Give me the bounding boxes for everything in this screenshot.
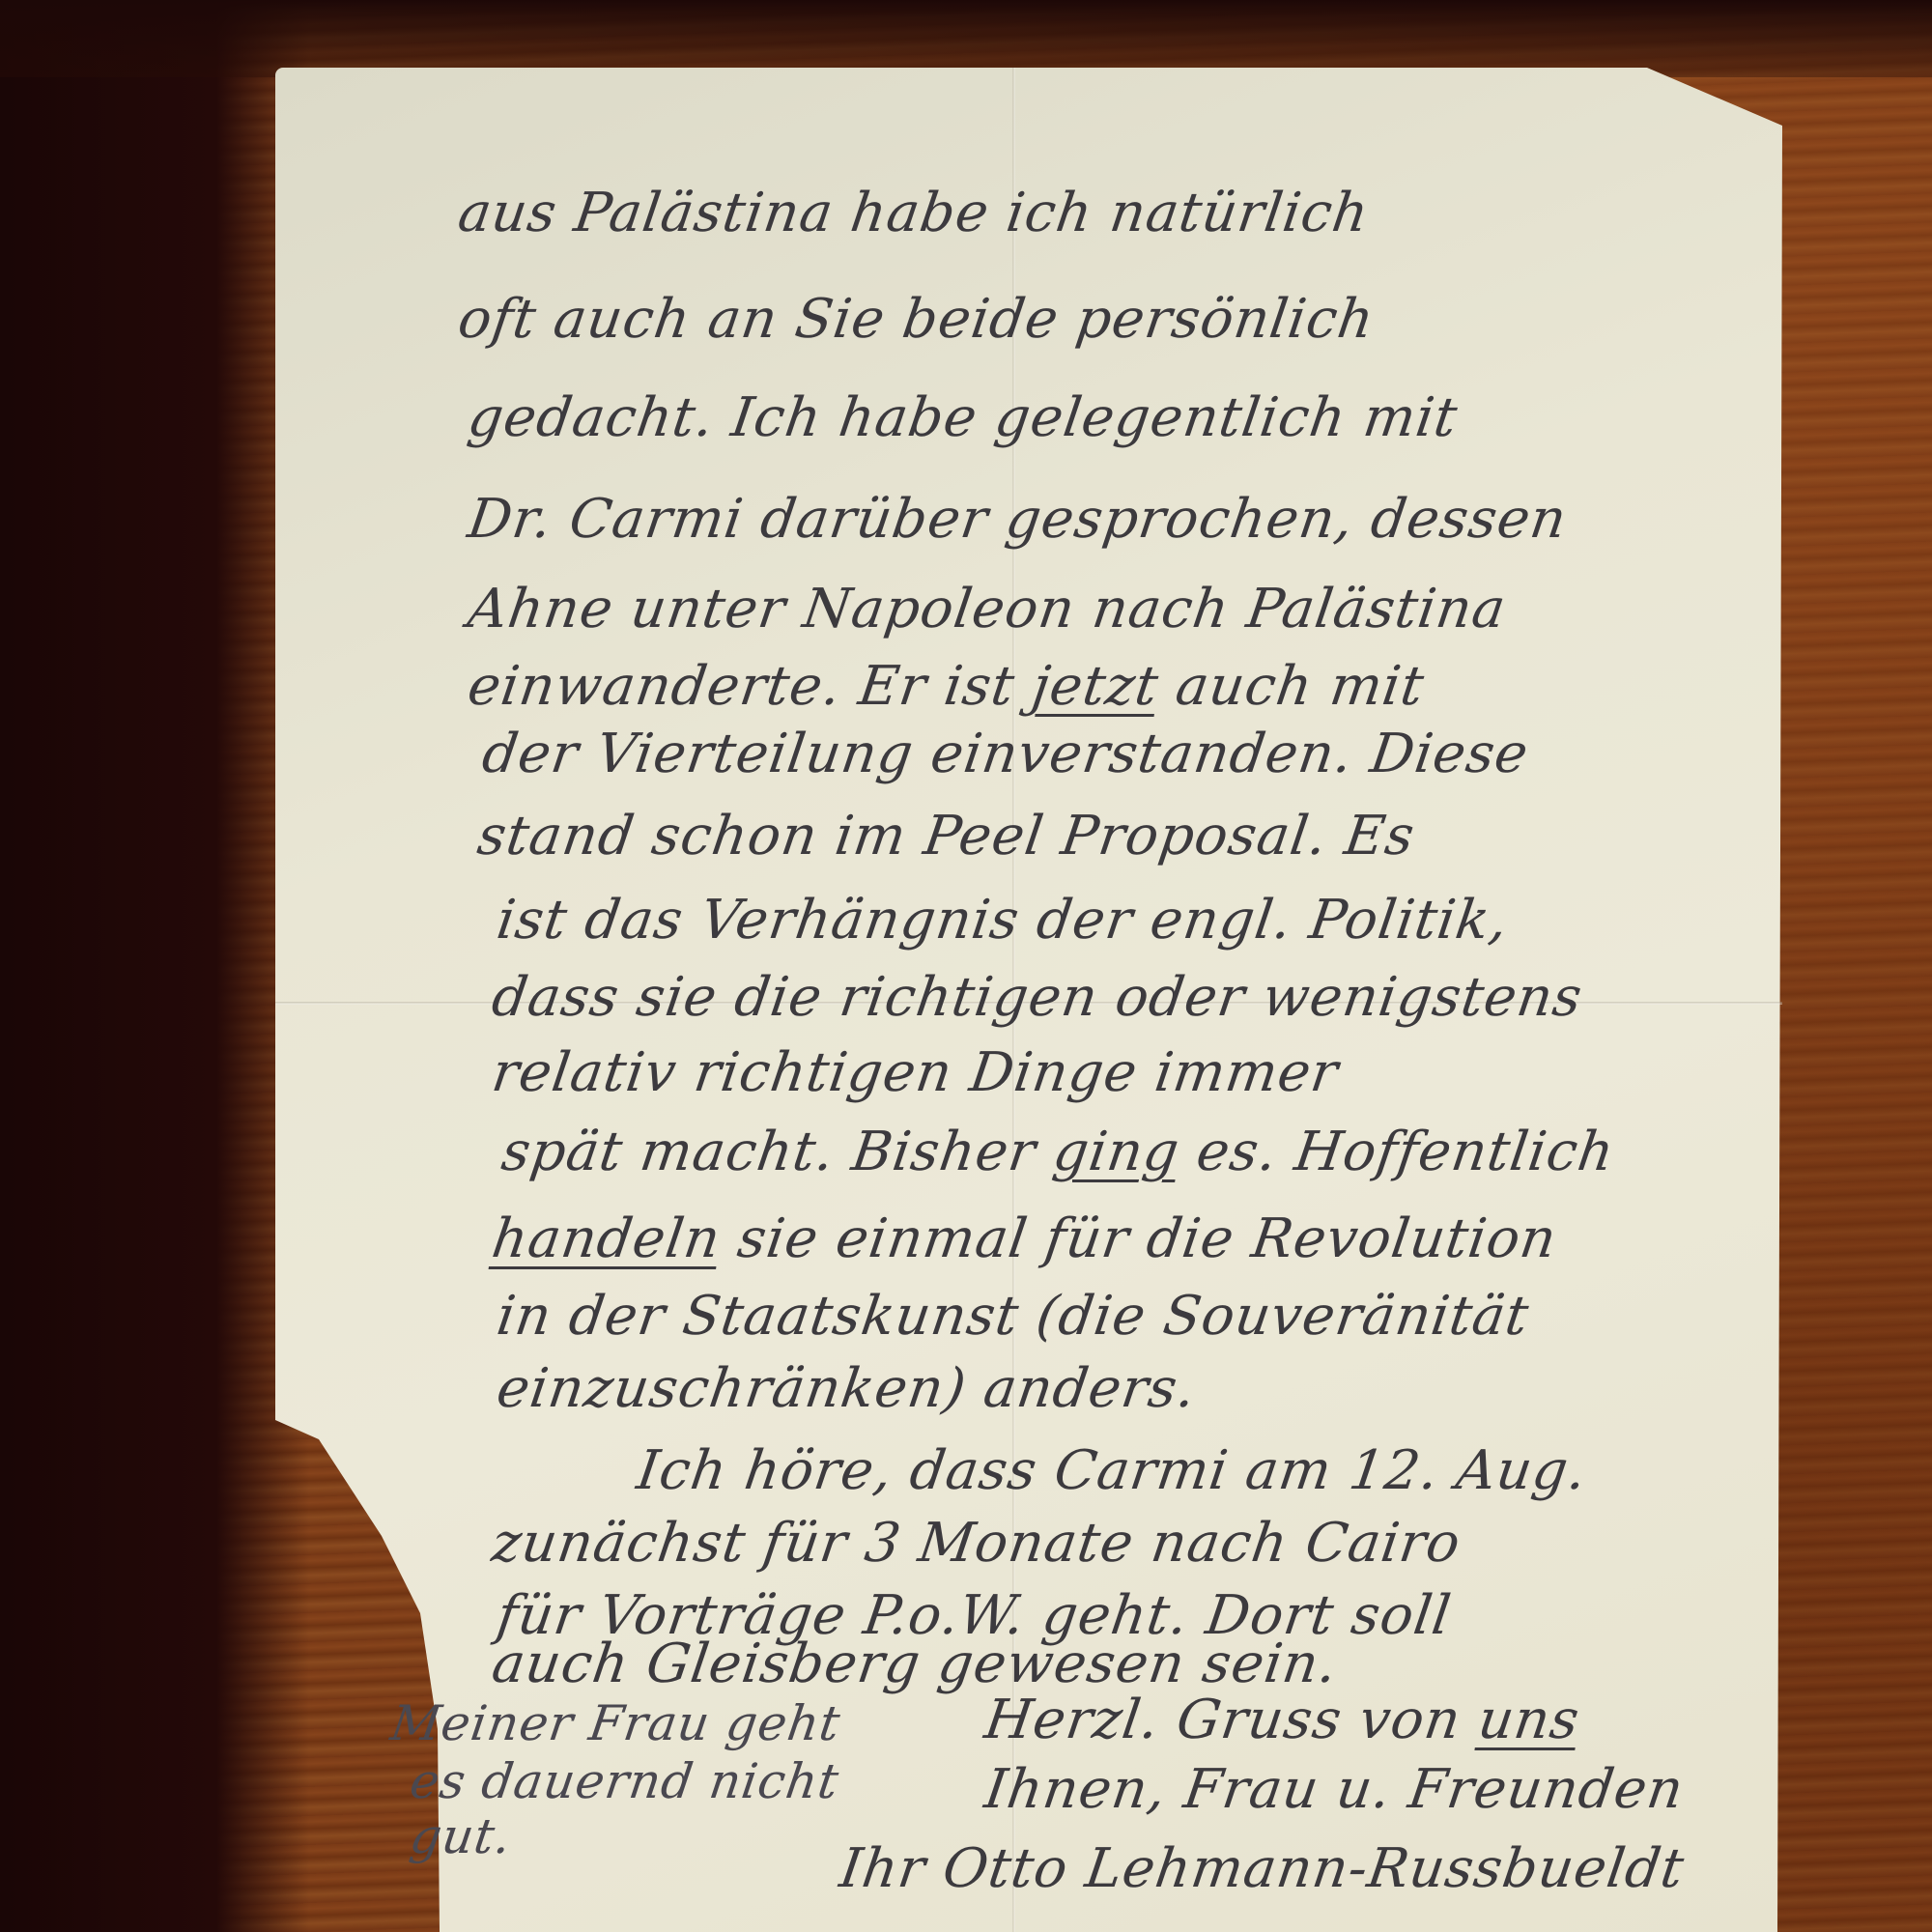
side-note-line-2: es dauernd nicht: [407, 1753, 842, 1809]
table-background-shadow-top: [0, 0, 1932, 77]
body-line-7: der Vierteilung einverstanden. Diese: [478, 723, 1532, 785]
body-line-13: handeln sie einmal für die Revolution: [488, 1207, 1560, 1270]
body-line-6: einwanderte. Er ist jetzt auch mit: [464, 655, 1428, 718]
signature: Ihr Otto Lehmann-Russbueldt: [836, 1837, 1688, 1900]
table-background-shadow: [0, 0, 309, 1932]
body-line-9: ist das Verhängnis der engl. Politik,: [493, 889, 1512, 952]
body-line-1: aus Palästina habe ich natürlich: [454, 182, 1373, 244]
body-line-19: auch Gleisberg gewesen sein.: [488, 1633, 1341, 1695]
body-line-16: Ich höre, dass Carmi am 12. Aug.: [633, 1439, 1590, 1502]
body-line-11: relativ richtigen Dinge immer: [488, 1041, 1342, 1104]
body-line-14: in der Staatskunst (die Souveränität: [493, 1285, 1532, 1348]
body-line-12: spät macht. Bisher ging es. Hoffentlich: [497, 1121, 1618, 1183]
side-note-line-1: Meiner Frau geht: [387, 1695, 844, 1751]
body-line-2: oft auch an Sie beide persönlich: [454, 288, 1378, 351]
body-line-5: Ahne unter Napoleon nach Palästina: [464, 578, 1510, 640]
underlined-word-ging: ging: [1049, 1121, 1183, 1183]
underlined-word-handeln: handeln: [488, 1207, 724, 1270]
body-line-10: dass sie die richtigen oder wenigstens: [488, 966, 1586, 1029]
closing-line-1: Herzl. Gruss von uns: [980, 1689, 1583, 1751]
underlined-word-uns: uns: [1474, 1689, 1583, 1751]
closing-line-2: Ihnen, Frau u. Freunden: [980, 1758, 1688, 1821]
body-line-4: Dr. Carmi darüber gesprochen, dessen: [464, 488, 1571, 551]
body-line-8: stand schon im Peel Proposal. Es: [473, 805, 1418, 867]
body-line-15: einzuschränken) anders.: [493, 1357, 1200, 1420]
body-line-17: zunächst für 3 Monate nach Cairo: [488, 1512, 1464, 1575]
underlined-word-jetzt: jetzt: [1028, 655, 1162, 718]
body-line-3: gedacht. Ich habe gelegentlich mit: [464, 386, 1462, 449]
side-note-line-3: gut.: [407, 1808, 515, 1864]
